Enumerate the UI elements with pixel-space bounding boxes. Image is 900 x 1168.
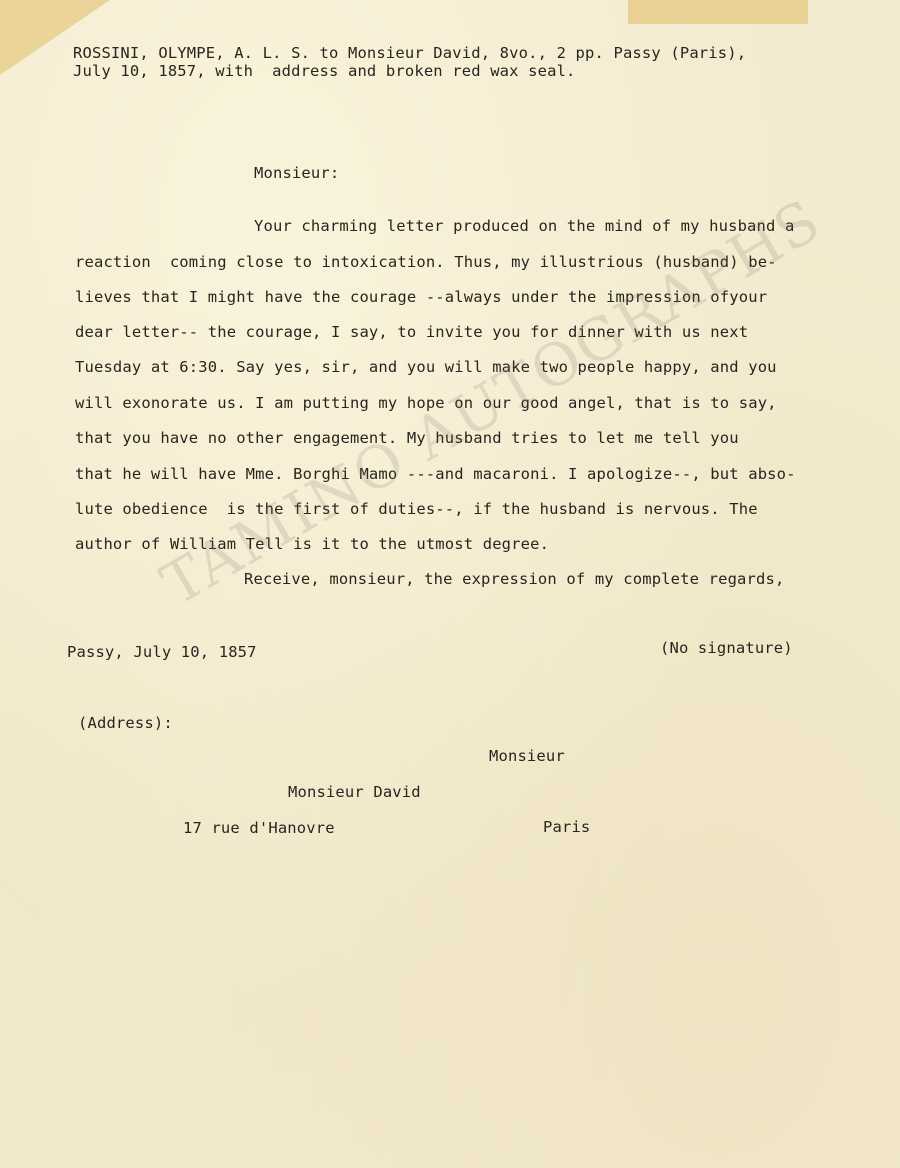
address-line-1: Monsieur (489, 747, 565, 765)
signature-note: (No signature) (660, 639, 793, 657)
body-line: that you have no other engagement. My hu… (75, 429, 739, 447)
body-line: Tuesday at 6:30. Say yes, sir, and you w… (75, 358, 777, 376)
body-line: author of William Tell is it to the utmo… (75, 535, 549, 553)
body-line: will exonorate us. I am putting my hope … (75, 394, 777, 412)
body-line: that he will have Mme. Borghi Mamo ---an… (75, 465, 796, 483)
body-line: lieves that I might have the courage --a… (75, 288, 767, 306)
address-city: Paris (543, 818, 590, 836)
header-line-1: ROSSINI, OLYMPE, A. L. S. to Monsieur Da… (73, 44, 746, 62)
body-line: dear letter-- the courage, I say, to inv… (75, 323, 748, 341)
address-line-2: Monsieur David (288, 783, 421, 801)
salutation: Monsieur: (254, 164, 339, 182)
header-line-2: July 10, 1857, with address and broken r… (73, 62, 576, 80)
body-line: Your charming letter produced on the min… (254, 217, 794, 235)
place-date: Passy, July 10, 1857 (67, 643, 257, 661)
address-label: (Address): (78, 714, 173, 732)
body-line: lute obedience is the first of duties--,… (75, 500, 758, 518)
tape-strip-top (628, 0, 808, 24)
address-street: 17 rue d'Hanovre (183, 819, 335, 837)
closing-line: Receive, monsieur, the expression of my … (244, 570, 784, 588)
body-line: reaction coming close to intoxication. T… (75, 253, 777, 271)
